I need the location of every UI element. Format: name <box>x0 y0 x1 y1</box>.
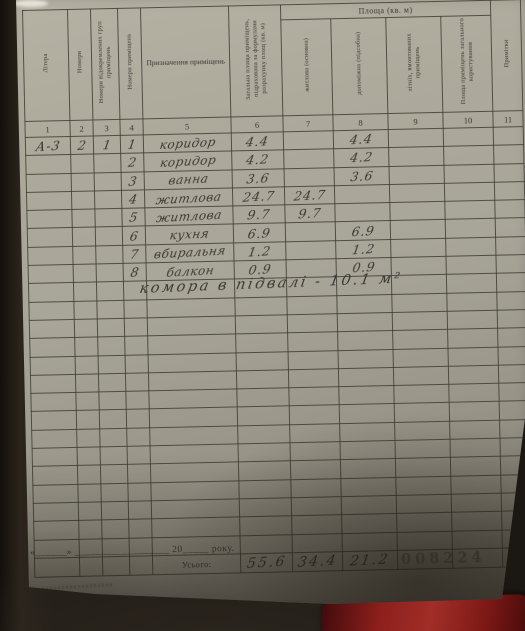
cell <box>337 294 392 313</box>
cell <box>124 300 147 319</box>
col-header-common: Площа приміщень загального користування <box>441 15 493 112</box>
handwritten-value: 3 <box>127 173 138 189</box>
cell <box>73 246 96 265</box>
cell <box>75 337 98 356</box>
cell <box>340 441 395 460</box>
handwritten-room-name: житлова <box>155 189 223 207</box>
cell <box>389 147 444 166</box>
cell <box>95 227 122 246</box>
cell <box>292 533 342 552</box>
cell <box>28 246 73 265</box>
cell <box>395 458 450 477</box>
cell <box>237 406 289 425</box>
cell <box>235 315 287 334</box>
cell <box>34 521 79 540</box>
cell <box>99 410 126 429</box>
cell <box>284 149 334 168</box>
cell: житлова <box>145 206 233 226</box>
cell <box>445 200 495 219</box>
cell: коридор <box>144 151 232 171</box>
cell <box>129 519 152 538</box>
cell: кухня <box>145 224 233 244</box>
cell <box>496 273 525 292</box>
cell <box>148 371 236 391</box>
cell <box>33 502 78 521</box>
col-header-common-label: Площа приміщень загального користування <box>458 16 476 106</box>
cell <box>389 183 444 202</box>
cell <box>494 181 524 200</box>
cell <box>446 255 496 274</box>
cell <box>238 461 290 480</box>
totals-total-cell: 55.6 <box>240 553 292 573</box>
cell <box>148 334 236 354</box>
col-header-room-no: Номери приміщень <box>117 8 142 119</box>
cell <box>498 346 525 365</box>
cell <box>75 355 98 374</box>
cell <box>494 163 524 182</box>
cell <box>291 478 341 497</box>
cell <box>31 411 76 430</box>
cell: житлова <box>144 188 232 208</box>
cell: 6.9 <box>335 221 390 240</box>
cell <box>26 155 71 174</box>
cell <box>96 245 123 264</box>
cell <box>396 476 451 495</box>
paper-sheet: Літера Номери Номери відокремлених груп … <box>0 0 525 631</box>
cell <box>335 203 390 222</box>
cell <box>395 439 450 458</box>
cell <box>496 255 525 274</box>
cell <box>73 264 96 283</box>
cell <box>397 531 452 550</box>
cell <box>284 167 334 186</box>
handwritten-value: 9.7 <box>246 207 271 223</box>
cell <box>102 520 129 539</box>
handwritten-room-name: вбиральня <box>153 244 227 262</box>
cell <box>95 209 122 228</box>
cell <box>79 557 102 576</box>
col-header-purpose: Призначення приміщень <box>140 6 230 119</box>
handwritten-value: 8 <box>129 265 140 281</box>
handwritten-value: 7 <box>129 246 140 262</box>
cell: 4.4 <box>333 130 388 149</box>
cell <box>389 165 444 184</box>
col-header-litera-label: Літера <box>42 53 50 72</box>
cell <box>498 328 525 347</box>
cell <box>151 481 239 501</box>
cell <box>289 405 339 424</box>
cell <box>71 154 94 173</box>
col-number: 3 <box>93 119 120 136</box>
cell <box>393 348 448 367</box>
cell <box>446 237 496 256</box>
cell <box>239 498 291 517</box>
cell <box>342 514 397 533</box>
handwritten-value: 1.2 <box>351 241 376 257</box>
cell <box>149 407 237 427</box>
handwritten-room-name: житлова <box>155 207 223 225</box>
cell <box>393 366 448 385</box>
cell <box>444 182 494 201</box>
cell: 4.2 <box>232 150 284 169</box>
cell: 7 <box>123 245 146 264</box>
cell <box>150 444 238 464</box>
cell <box>339 404 394 423</box>
handwritten-value: 4 <box>127 191 138 207</box>
cell <box>397 512 452 531</box>
cell <box>149 389 237 409</box>
cell <box>290 442 340 461</box>
totals-total-value: 55.6 <box>246 553 288 571</box>
handwritten-value: 3.6 <box>349 168 374 184</box>
col-number: 4 <box>120 119 143 135</box>
cell <box>28 265 73 284</box>
totals-label: Усього: <box>182 559 212 570</box>
cell <box>239 479 291 498</box>
col-header-group-label: Номери відокремлених груп приміщень <box>96 12 114 112</box>
cell: коридор <box>143 133 231 153</box>
cell <box>396 494 451 513</box>
cell <box>94 154 121 173</box>
col-header-notes: Примітки <box>490 0 522 111</box>
cell <box>497 291 525 310</box>
cell <box>286 240 336 259</box>
cell: 1.2 <box>336 239 391 258</box>
cell <box>147 316 235 336</box>
cell <box>236 351 288 370</box>
cell <box>150 426 238 446</box>
cell <box>30 338 75 357</box>
cell <box>287 295 337 314</box>
cell <box>337 312 392 331</box>
cell <box>94 190 121 209</box>
cell <box>152 517 240 537</box>
col-number: 11 <box>493 111 523 128</box>
cell <box>125 354 148 373</box>
cell: А-3 <box>25 136 70 155</box>
cell <box>126 391 149 410</box>
cell <box>447 292 497 311</box>
cell <box>452 530 502 549</box>
cell <box>341 495 396 514</box>
cell <box>33 484 78 503</box>
cell <box>291 497 341 516</box>
col-header-summer-label: літніх, вмонтованих приміщень <box>405 17 423 107</box>
cell <box>94 172 121 191</box>
cell <box>101 501 128 520</box>
cell <box>338 331 393 350</box>
cell: 24.7 <box>284 186 334 205</box>
cell <box>451 493 501 512</box>
cell: 5 <box>122 208 145 227</box>
cell <box>236 370 288 389</box>
cell <box>393 330 448 349</box>
cell <box>147 298 235 318</box>
handwritten-value: 6 <box>128 228 139 244</box>
col-number: 1 <box>25 120 70 137</box>
col-number: 7 <box>283 115 333 132</box>
cell <box>32 429 77 448</box>
cell <box>444 146 494 165</box>
cell <box>96 263 123 282</box>
cell <box>283 131 333 150</box>
cell <box>288 332 338 351</box>
cell <box>100 428 127 447</box>
cell <box>28 283 73 302</box>
col-number: 2 <box>70 120 93 136</box>
paper-glare <box>14 0 48 7</box>
handwritten-value: 4.2 <box>349 149 374 165</box>
cell <box>98 355 125 374</box>
handwritten-value: 2 <box>127 155 138 171</box>
cell <box>32 447 77 466</box>
cell <box>289 387 339 406</box>
cell <box>125 373 148 392</box>
cell: 4 <box>121 190 144 209</box>
cell <box>124 318 147 337</box>
handwritten-value: 1 <box>101 137 112 153</box>
cell <box>238 425 290 444</box>
cell <box>500 419 525 438</box>
cell: 6.9 <box>233 223 285 242</box>
cell <box>77 465 100 484</box>
handwritten-value: А-3 <box>34 138 61 154</box>
handwritten-value: 4.2 <box>245 152 270 168</box>
col-header-auxiliary: допоміжна (підсобна) <box>331 18 388 115</box>
col-number: 8 <box>333 114 388 131</box>
cell <box>340 422 395 441</box>
cell <box>448 328 498 347</box>
cell <box>76 410 99 429</box>
cell <box>77 447 100 466</box>
cell <box>342 532 397 551</box>
cell <box>449 402 499 421</box>
cell <box>97 300 124 319</box>
totals-auxiliary-cell: 21.2 <box>342 550 397 570</box>
cell <box>77 429 100 448</box>
cell <box>75 374 98 393</box>
cell: 3 <box>121 171 144 190</box>
cell <box>150 462 238 482</box>
cell <box>32 466 77 485</box>
cell <box>72 209 95 228</box>
col-header-group: Номери відокремлених груп приміщень <box>90 8 119 120</box>
table-body: А-3211коридор4.44.42коридор4.24.23ванна3… <box>25 127 525 559</box>
col-header-summer: літніх, вмонтованих приміщень <box>386 16 443 113</box>
cell: 2 <box>70 136 93 155</box>
cell <box>151 499 239 519</box>
cell: 2 <box>121 153 144 172</box>
cell <box>29 319 74 338</box>
cell <box>495 200 525 219</box>
cell <box>339 386 394 405</box>
handwritten-value: 2 <box>76 138 87 154</box>
cell <box>27 210 72 229</box>
col-header-total-area: Загальна площа приміщень, підрахована за… <box>228 5 282 117</box>
cell <box>499 383 525 402</box>
cell: 1 <box>120 135 143 154</box>
cell <box>72 227 95 246</box>
cell <box>444 164 494 183</box>
handwritten-value: 4.4 <box>348 131 373 147</box>
col-header-notes-label: Примітки <box>502 39 511 67</box>
handwritten-value: 1.2 <box>247 243 272 259</box>
cell: вбиральня <box>146 243 234 263</box>
cell <box>452 511 502 530</box>
col-header-nomery: Номери <box>68 9 93 120</box>
cell <box>288 350 338 369</box>
cell <box>338 349 393 368</box>
cell: 3.6 <box>334 166 389 185</box>
cell <box>26 173 71 192</box>
handwritten-value: 1 <box>126 136 137 152</box>
cell <box>290 423 340 442</box>
cell <box>127 464 150 483</box>
cell <box>340 459 395 478</box>
cell <box>99 391 126 410</box>
handwritten-value: 9.7 <box>297 205 322 221</box>
cell <box>78 502 101 521</box>
cell <box>128 501 151 520</box>
cell <box>102 556 129 576</box>
cell <box>74 319 97 338</box>
cell <box>395 421 450 440</box>
col-header-auxiliary-label: допоміжна (підсобна) <box>355 32 364 95</box>
col-number: 5 <box>143 117 231 135</box>
totals-living-cell: 34.4 <box>292 551 342 571</box>
handwritten-value: 5 <box>128 210 139 226</box>
handwritten-room-name: балкон <box>165 263 215 280</box>
cell <box>76 392 99 411</box>
cell <box>235 296 287 315</box>
cell <box>390 220 445 239</box>
col-header-living: житлова (основна) <box>281 19 333 116</box>
col-header-litera: Літера <box>23 10 70 122</box>
cell <box>240 534 292 553</box>
cell: 9.7 <box>285 204 335 223</box>
cell <box>30 374 75 393</box>
cell <box>148 352 236 372</box>
handwritten-room-name: ванна <box>167 172 209 188</box>
handwritten-value: 4.4 <box>245 133 270 149</box>
cell <box>29 301 74 320</box>
cell <box>79 520 102 539</box>
cell <box>493 127 523 146</box>
cell <box>494 145 524 164</box>
cell <box>73 282 96 301</box>
cell <box>392 293 447 312</box>
cell <box>98 373 125 392</box>
handwritten-value: 3.6 <box>246 170 271 186</box>
col-header-room-no-label: Номери приміщень <box>126 33 135 89</box>
cell <box>101 483 128 502</box>
cell <box>74 301 97 320</box>
cell <box>100 465 127 484</box>
cell <box>292 515 342 534</box>
totals-auxiliary-value: 21.2 <box>349 551 391 569</box>
cell <box>98 337 125 356</box>
cell <box>97 318 124 337</box>
cell <box>31 393 76 412</box>
totals-label-cell: Усього: <box>152 554 240 575</box>
cell <box>499 401 525 420</box>
cell <box>450 420 500 439</box>
cell <box>78 484 101 503</box>
cell <box>449 383 499 402</box>
cell <box>446 274 496 293</box>
cell: 9.7 <box>233 205 285 224</box>
col-number: 6 <box>231 116 283 133</box>
cell: 4.4 <box>231 132 283 151</box>
cell <box>388 128 443 147</box>
cell <box>34 557 79 577</box>
cell <box>128 482 151 501</box>
cell <box>392 311 447 330</box>
cell <box>100 446 127 465</box>
col-header-purpose-label: Призначення приміщень <box>146 57 225 68</box>
area-table: Літера Номери Номери відокремлених груп … <box>22 0 525 578</box>
col-number: 10 <box>443 111 493 128</box>
cell <box>394 403 449 422</box>
cell: 1 <box>93 135 120 154</box>
cell <box>445 219 495 238</box>
cell <box>338 367 393 386</box>
handwritten-room-name: коридор <box>158 134 216 151</box>
cell <box>238 443 290 462</box>
cell <box>71 173 94 192</box>
cell: 4.2 <box>334 148 389 167</box>
cell <box>448 347 498 366</box>
cell <box>496 236 525 255</box>
cell: 3.6 <box>232 168 284 187</box>
cell <box>451 475 501 494</box>
cell <box>447 310 497 329</box>
handwritten-value: 6.9 <box>247 225 272 241</box>
cell <box>71 191 94 210</box>
cell: 6 <box>122 226 145 245</box>
cell <box>391 238 446 257</box>
cell <box>126 409 149 428</box>
cell <box>26 191 71 210</box>
col-number: 9 <box>388 112 443 129</box>
cell <box>450 457 500 476</box>
cell <box>240 516 292 535</box>
handwritten-value: 24.7 <box>292 187 326 204</box>
cell <box>450 438 500 457</box>
col-header-total-area-label: Загальна площа приміщень, підрахована за… <box>243 8 269 108</box>
cell <box>341 477 396 496</box>
handwritten-value: 24.7 <box>241 188 275 205</box>
cell <box>287 314 337 333</box>
cell <box>288 369 338 388</box>
cell <box>497 310 525 329</box>
cell: ванна <box>144 170 232 190</box>
cell <box>127 428 150 447</box>
cell <box>390 202 445 221</box>
cell <box>290 460 340 479</box>
handwritten-room-name: коридор <box>159 153 217 170</box>
cell <box>443 127 493 146</box>
cell <box>285 222 335 241</box>
handwritten-value: 6.9 <box>350 223 375 239</box>
cell <box>129 556 152 575</box>
cell: 8 <box>123 263 146 282</box>
handwritten-room-name: кухня <box>169 226 211 242</box>
col-header-living-label: житлова (основна) <box>302 38 311 92</box>
cell: 24.7 <box>232 187 284 206</box>
cell <box>125 336 148 355</box>
col-header-nomery-label: Номери <box>76 51 84 74</box>
